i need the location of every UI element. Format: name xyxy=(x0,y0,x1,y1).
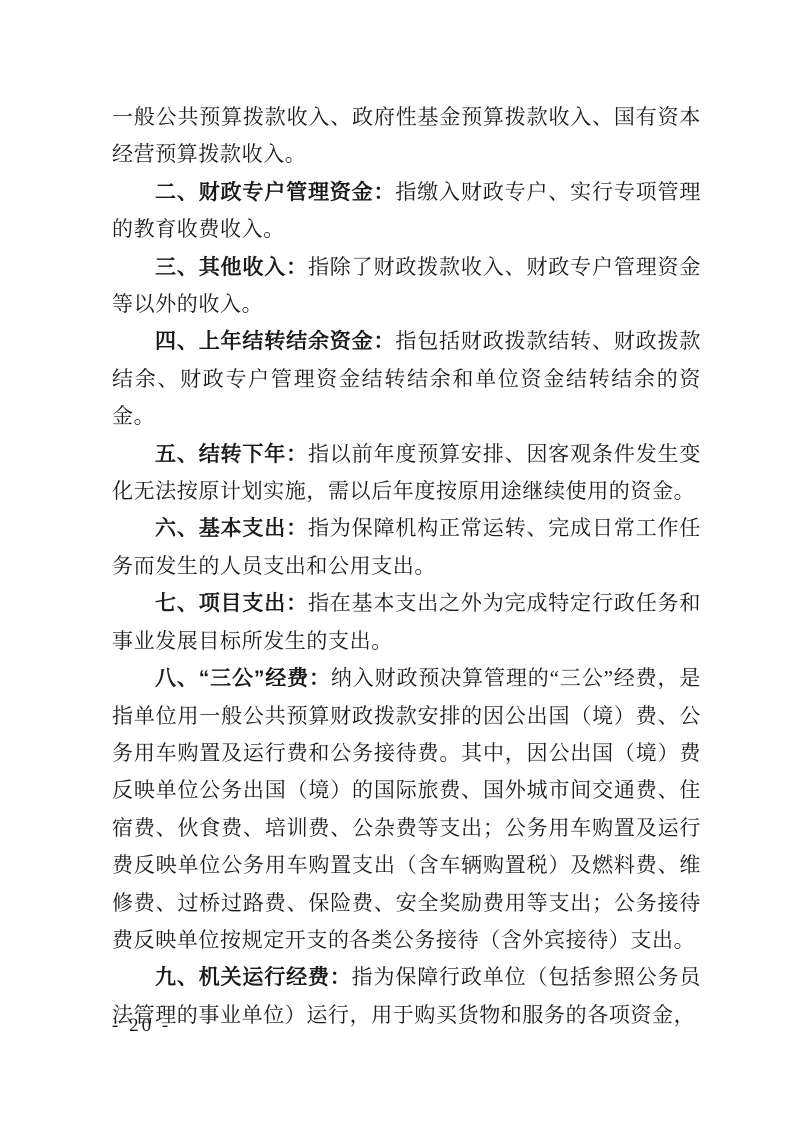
paragraph: 七、项目支出：指在基本支出之外为完成特定行政任务和事业发展目标所发生的支出。 xyxy=(112,585,701,660)
paragraph-heading: 五、结转下年： xyxy=(155,443,308,466)
paragraph: 一般公共预算拨款收入、政府性基金预算拨款收入、国有资本经营预算拨款收入。 xyxy=(112,99,701,174)
document-page: 一般公共预算拨款收入、政府性基金预算拨款收入、国有资本经营预算拨款收入。 二、财… xyxy=(0,0,793,1122)
paragraph-heading: 二、财政专户管理资金： xyxy=(155,181,395,204)
paragraph: 三、其他收入：指除了财政拨款收入、财政专户管理资金等以外的收入。 xyxy=(112,249,701,324)
document-body: 一般公共预算拨款收入、政府性基金预算拨款收入、国有资本经营预算拨款收入。 二、财… xyxy=(112,99,701,1034)
paragraph-text: 一般公共预算拨款收入、政府性基金预算拨款收入、国有资本经营预算拨款收入。 xyxy=(112,105,701,166)
paragraph-heading: 三、其他收入： xyxy=(155,256,308,279)
paragraph: 四、上年结转结余资金：指包括财政拨款结转、财政拨款结余、财政专户管理资金结转结余… xyxy=(112,323,701,435)
paragraph-heading: 四、上年结转结余资金： xyxy=(155,330,395,353)
paragraph: 六、基本支出：指为保障机构正常运转、完成日常工作任务而发生的人员支出和公用支出。 xyxy=(112,510,701,585)
page-number: - 20 - xyxy=(112,1013,171,1039)
paragraph-heading: 六、基本支出： xyxy=(155,517,308,540)
paragraph-heading: 七、项目支出： xyxy=(155,592,308,615)
paragraph: 八、“三公”经费：纳入财政预决算管理的“三公”经费，是指单位用一般公共预算财政拨… xyxy=(112,660,701,959)
paragraph: 九、机关运行经费：指为保障行政单位（包括参照公务员法管理的事业单位）运行，用于购… xyxy=(112,959,701,1034)
paragraph: 二、财政专户管理资金：指缴入财政专户、实行专项管理的教育收费收入。 xyxy=(112,174,701,249)
paragraph-heading: 九、机关运行经费： xyxy=(155,966,352,989)
paragraph: 五、结转下年：指以前年度预算安排、因客观条件发生变化无法按原计划实施，需以后年度… xyxy=(112,436,701,511)
paragraph-text: 纳入财政预决算管理的“三公”经费，是指单位用一般公共预算财政拨款安排的因公出国（… xyxy=(112,666,701,952)
paragraph-heading: 八、“三公”经费： xyxy=(155,667,331,690)
